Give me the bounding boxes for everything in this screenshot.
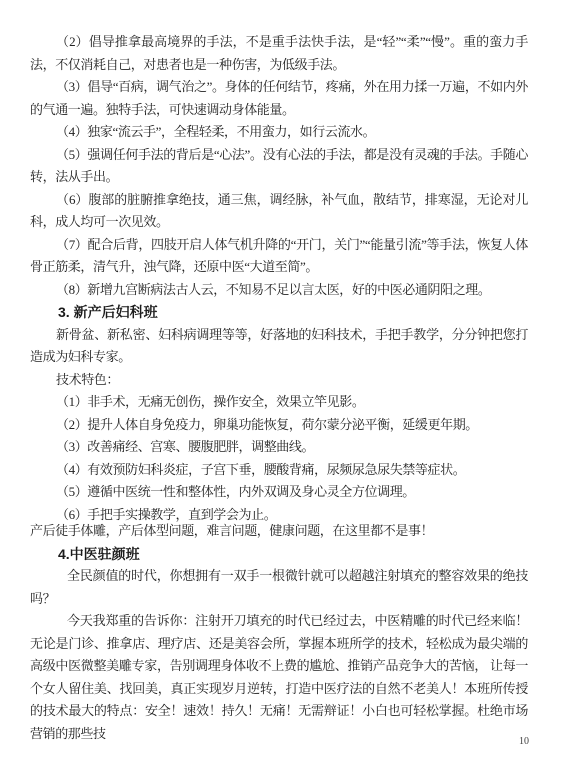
beauty-paragraph-1: 全民颜值的时代，你想拥有一双手一根微针就可以超越注射填充的整容效果的绝技吗？ bbox=[30, 565, 528, 610]
tuina-item-7: （7）配合后背，四肢开启人体气机升降的“开门，关门”“能量引流”等手法，恢复人体… bbox=[30, 234, 528, 279]
tuina-item-8: （8）新增九宫断病法古人云，不知易不足以言太医，好的中医必通阴阳之理。 bbox=[30, 279, 528, 302]
document-page: （2）倡导推拿最高境界的手法，不是重手法快手法，是“轻”“柔”“慢”。重的蛮力手… bbox=[0, 0, 576, 781]
postpartum-feature-4: （4）有效预防妇科炎症，子宫下垂，腰酸背痛，尿频尿急尿失禁等症状。 bbox=[30, 459, 528, 482]
tuina-item-4: （4）独家“流云手”，全程轻柔，不用蛮力，如行云流水。 bbox=[30, 121, 528, 144]
postpartum-feature-2: （2）提升人体自身免疫力，卵巢功能恢复，荷尔蒙分泌平衡，延缓更年期。 bbox=[30, 414, 528, 437]
postpartum-intro: 新骨盆、新私密、妇科病调理等等，好落地的妇科技术，手把手教学，分分钟把您打造成为… bbox=[30, 324, 528, 369]
page-number: 10 bbox=[519, 736, 529, 748]
beauty-paragraph-2: 今天我郑重的告诉你：注射开刀填充的时代已经过去，中医精雕的时代已经来临！无论是门… bbox=[30, 610, 528, 745]
tuina-item-3: （3）倡导“百病，调气治之”。身体的任何结节，疼痛，外在用力揉一万遍，不如内外的… bbox=[30, 76, 528, 121]
tuina-item-6: （6）腹部的脏腑推拿绝技，通三焦，调经脉，补气血，散结节，排寒湿，无论对儿科，成… bbox=[30, 189, 528, 234]
postpartum-feature-3: （3）改善痛经、宫寒、腰腹肥胖，调整曲线。 bbox=[30, 436, 528, 459]
postpartum-feature-1: （1）非手术，无痛无创伤，操作安全，效果立竿见影。 bbox=[30, 391, 528, 414]
postpartum-closing: 产后徒手体雕，产后体型问题，难言问题，健康问题，在这里都不是事！ bbox=[30, 520, 528, 543]
document-body: （2）倡导推拿最高境界的手法，不是重手法快手法，是“轻”“柔”“慢”。重的蛮力手… bbox=[0, 0, 576, 745]
section-heading-beauty: 4.中医驻颜班 bbox=[30, 543, 528, 566]
postpartum-feature-5: （5）遵循中医统一性和整体性，内外双调及身心灵全方位调理。 bbox=[30, 481, 528, 504]
section-heading-postpartum: 3. 新产后妇科班 bbox=[30, 301, 528, 324]
tuina-item-5: （5）强调任何手法的背后是“心法”。没有心法的手法，都是没有灵魂的手法。手随心转… bbox=[30, 144, 528, 189]
postpartum-features-label: 技术特色： bbox=[30, 369, 528, 392]
tuina-item-2: （2）倡导推拿最高境界的手法，不是重手法快手法，是“轻”“柔”“慢”。重的蛮力手… bbox=[30, 31, 528, 76]
